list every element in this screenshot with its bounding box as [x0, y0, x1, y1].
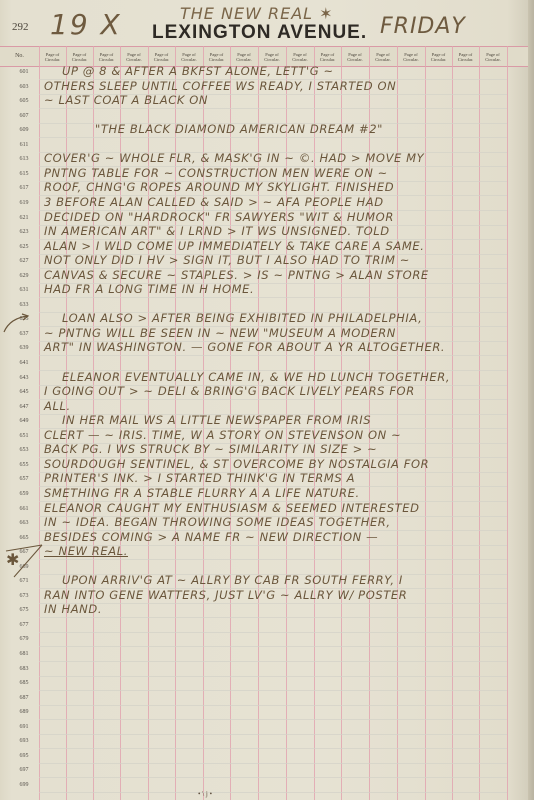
row-number: 657 [14, 476, 34, 482]
row-number: 601 [14, 69, 34, 75]
column-header-line2: Circular. [209, 57, 225, 62]
row-number: 647 [14, 404, 34, 410]
handwritten-line: BESIDES COMING > A NAME FR ~ NEW DIRECTI… [44, 530, 378, 544]
row-number: 603 [14, 84, 34, 90]
row-rule [39, 777, 507, 778]
row-number: 691 [14, 724, 34, 730]
row-number: 605 [14, 98, 34, 104]
row-number: 629 [14, 273, 34, 279]
column-header-line2: Circular. [181, 57, 197, 62]
handwritten-date: 19 X [50, 8, 122, 41]
handwritten-line: ~ LAST COAT A BLACK ON [44, 93, 208, 107]
svg-text:✱: ✱ [6, 550, 19, 569]
row-number: 607 [14, 113, 34, 119]
handwritten-line: ELEANOR EVENTUALLY CAME IN, & WE HD LUNC… [62, 370, 450, 384]
row-rule [39, 676, 507, 677]
row-number: 649 [14, 418, 34, 424]
row-number: 639 [14, 345, 34, 351]
row-number: 655 [14, 462, 34, 468]
margin-arrow-icon [2, 312, 30, 338]
column-header-line2: Circular. [320, 57, 336, 62]
margin-star-icon: ✱ [2, 541, 46, 585]
handwritten-line: "THE BLACK DIAMOND AMERICAN DREAM #2" [95, 122, 383, 136]
row-number: 661 [14, 506, 34, 512]
row-number: 683 [14, 666, 34, 672]
row-rule [39, 646, 507, 647]
column-header-page-of-circular: Page ofCircular. [341, 47, 369, 66]
row-rule [39, 137, 507, 138]
handwritten-line: UPON ARRIV'G AT ~ ALLRY BY CAB FR SOUTH … [62, 573, 403, 587]
handwritten-line: PRINTER'S INK. > I STARTED THINK'G IN TE… [44, 471, 355, 485]
column-header-line2: Circular. [347, 57, 363, 62]
row-number: 679 [14, 636, 34, 642]
ledger-page: 292 19 X THE NEW REAL ✶ LEXINGTON AVENUE… [0, 0, 534, 800]
handwritten-line: I GOING OUT > ~ DELI & BRING'G BACK LIVE… [44, 384, 415, 398]
row-number: 677 [14, 622, 34, 628]
row-number: 675 [14, 607, 34, 613]
row-number: 651 [14, 433, 34, 439]
column-header-line2: Circular. [375, 57, 391, 62]
column-header-page-of-circular: Page ofCircular. [479, 47, 507, 66]
footer-mark: • \ j • [198, 790, 212, 798]
column-header-line2: Circular. [72, 57, 88, 62]
column-header-line2: Circular. [485, 57, 501, 62]
handwritten-line: 3 BEFORE ALAN CALLED & SAID > ~ AFA PEOP… [44, 195, 384, 209]
row-number: 619 [14, 200, 34, 206]
row-number: 609 [14, 127, 34, 133]
row-number: 645 [14, 389, 34, 395]
row-number: 699 [14, 782, 34, 788]
handwritten-line: HAD FR A LONG TIME IN H HOME. [44, 282, 254, 296]
handwritten-line: ALL. [44, 399, 71, 413]
row-number: 621 [14, 215, 34, 221]
handwritten-line: CANVAS & SECURE ~ STAPLES. > IS ~ PNTNG … [44, 268, 429, 282]
column-header-line2: Circular. [403, 57, 419, 62]
row-rule [39, 632, 507, 633]
row-number: 613 [14, 156, 34, 162]
page-edge [528, 0, 534, 800]
row-number: 625 [14, 244, 34, 250]
row-number: 611 [14, 142, 34, 148]
column-header-page-of-circular: Page ofCircular. [397, 47, 425, 66]
row-rule [39, 603, 507, 604]
row-number: 653 [14, 447, 34, 453]
row-number: 689 [14, 709, 34, 715]
row-number: 687 [14, 695, 34, 701]
column-rule [479, 46, 480, 800]
row-rule [39, 399, 507, 400]
column-header-line2: Circular. [126, 57, 142, 62]
handwritten-line: SOURDOUGH SENTINEL, & ST OVERCOME BY NOS… [44, 457, 429, 471]
column-rule [39, 46, 40, 800]
row-number: 615 [14, 171, 34, 177]
handwritten-line: DECIDED ON "HARDROCK" FR SAWYERS "WIT & … [44, 210, 394, 224]
handwritten-subtitle: THE NEW REAL ✶ [180, 4, 334, 23]
column-header-line2: Circular. [45, 57, 61, 62]
row-rule [39, 748, 507, 749]
handwritten-line: ART" IN WASHINGTON. — GONE FOR ABOUT A Y… [44, 340, 445, 354]
handwritten-line: OTHERS SLEEP UNTIL COFFEE WS READY, I ST… [44, 79, 396, 93]
column-header-line2: Circular. [292, 57, 308, 62]
handwritten-line: BACK PG. I WS STRUCK BY ~ SIMILARITY IN … [44, 442, 377, 456]
handwritten-day: FRIDAY [380, 14, 466, 39]
row-number: 695 [14, 753, 34, 759]
row-number: 631 [14, 287, 34, 293]
row-rule [39, 734, 507, 735]
column-header-line2: Circular. [264, 57, 280, 62]
handwritten-line: ALAN > I WLD COME UP IMMEDIATELY & TAKE … [44, 239, 424, 253]
row-rule [39, 355, 507, 356]
column-header-no: No. [0, 47, 39, 66]
row-rule [39, 690, 507, 691]
column-rule [507, 46, 508, 800]
column-header-line2: Circular. [458, 57, 474, 62]
row-rule [39, 763, 507, 764]
column-header-page-of-circular: Page ofCircular. [369, 47, 397, 66]
handwritten-line: RAN INTO GENE WATTERS, JUST LV'G ~ ALLRY… [44, 588, 407, 602]
column-header-line2: Circular. [236, 57, 252, 62]
row-number: 627 [14, 258, 34, 264]
row-number: 697 [14, 767, 34, 773]
handwritten-line: CLERT — ~ IRIS. TIME, W A STORY ON STEVE… [44, 428, 401, 442]
row-number: 633 [14, 302, 34, 308]
row-number: 673 [14, 593, 34, 599]
row-number: 643 [14, 375, 34, 381]
row-number: 685 [14, 680, 34, 686]
row-number: 693 [14, 738, 34, 744]
row-rule [39, 792, 507, 793]
column-header-line2: Circular. [99, 57, 115, 62]
handwritten-line: IN AMERICAN ART" & I LRND > IT WS UNSIGN… [44, 224, 390, 238]
column-rule [425, 46, 426, 800]
handwritten-line: IN HER MAIL WS A LITTLE NEWSPAPER FROM I… [62, 413, 371, 427]
row-rule [39, 617, 507, 618]
column-header-page-of-circular: Page ofCircular. [452, 47, 479, 66]
handwritten-line: SMETHING FR A STABLE FLURRY A A LIFE NAT… [44, 486, 360, 500]
row-rule [39, 108, 507, 109]
handwritten-line: ELEANOR CAUGHT MY ENTHUSIASM & SEEMED IN… [44, 501, 420, 515]
handwritten-line: IN HAND. [44, 602, 102, 616]
row-rule [39, 719, 507, 720]
row-number: 659 [14, 491, 34, 497]
handwritten-line: IN ~ IDEA. BEGAN THROWING SOME IDEAS TOG… [44, 515, 391, 529]
handwritten-line: UP @ 8 & AFTER A BKFST ALONE, LETT'G ~ [62, 64, 334, 78]
handwritten-line: ROOF, CHNG'G ROPES AROUND MY SKYLIGHT. F… [44, 180, 394, 194]
printed-title: LEXINGTON AVENUE. [152, 22, 367, 44]
handwritten-line: PNTNG TABLE FOR ~ CONSTRUCTION MEN WERE … [44, 166, 388, 180]
column-header-line2: Circular. [431, 57, 447, 62]
handwritten-line: LOAN ALSO > AFTER BEING EXHIBITED IN PHI… [62, 311, 422, 325]
handwritten-line: ~ PNTNG WILL BE SEEN IN ~ NEW "MUSEUM A … [44, 326, 396, 340]
row-number: 665 [14, 535, 34, 541]
row-number: 663 [14, 520, 34, 526]
row-rule [39, 559, 507, 560]
row-number: 681 [14, 651, 34, 657]
row-number: 617 [14, 185, 34, 191]
row-rule [39, 297, 507, 298]
handwritten-line: NOT ONLY DID I HV > SIGN IT, BUT I ALSO … [44, 253, 410, 267]
row-rule [39, 661, 507, 662]
column-rule [452, 46, 453, 800]
page-number: 292 [12, 21, 29, 33]
handwritten-line: ~ NEW REAL. [44, 544, 128, 558]
row-rule [39, 705, 507, 706]
column-header-line2: Circular. [154, 57, 170, 62]
row-number: 623 [14, 229, 34, 235]
handwritten-line: COVER'G ~ WHOLE FLR, & MASK'G IN ~ ©. HA… [44, 151, 424, 165]
column-header-page-of-circular: Page ofCircular. [425, 47, 452, 66]
row-number: 641 [14, 360, 34, 366]
